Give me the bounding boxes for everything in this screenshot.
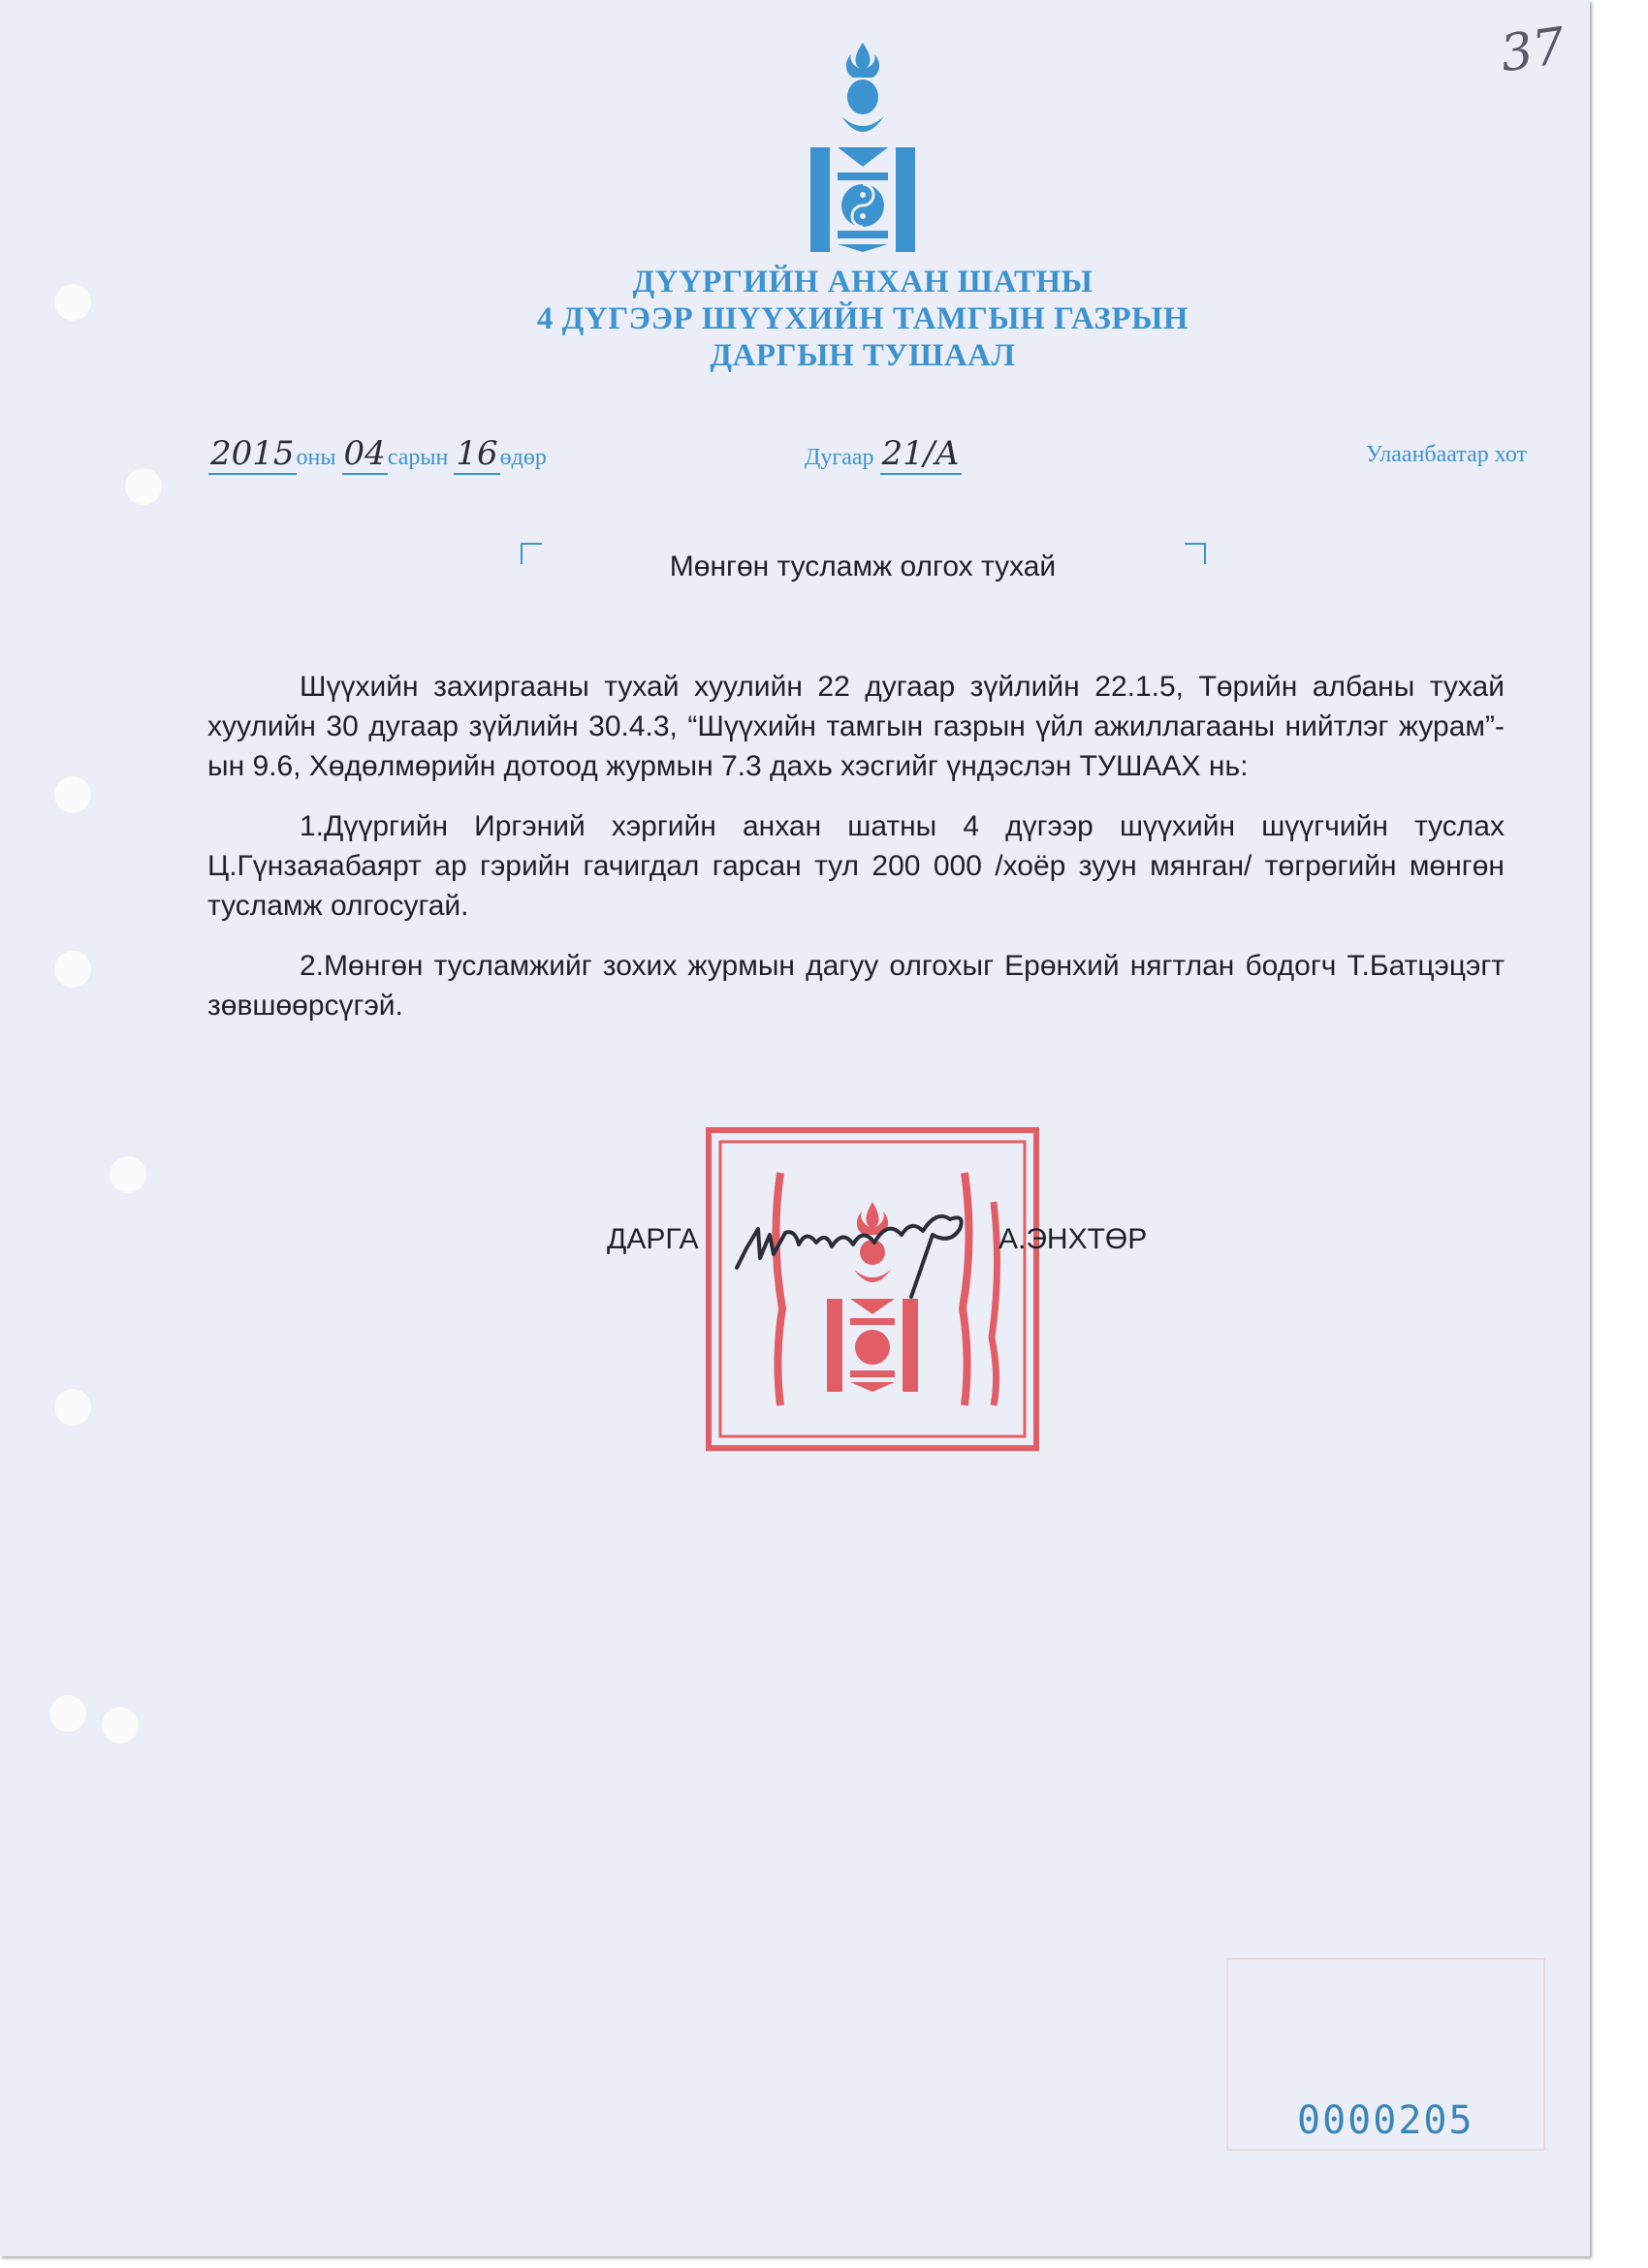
order-date: 2015оны 04сарын 16өдөр	[208, 434, 547, 473]
order-subject: Мөнгөн тусламж олгох тухай	[485, 551, 1241, 583]
order-number-label: Дугаар	[805, 445, 874, 470]
date-month: 04	[342, 434, 388, 475]
date-month-suffix: сарын	[388, 445, 449, 470]
order-item: 2.Мөнгөн тусламжийг зохих журмын дагуу о…	[207, 946, 1505, 1025]
document-header: ДҮҮРГИЙН АНХАН ШАТНЫ 4 ДҮГЭЭР ШҮҮХИЙН ТА…	[291, 264, 1435, 374]
handwritten-signature-icon	[717, 1190, 1028, 1307]
order-number: Дугаар 21/А	[805, 434, 962, 473]
header-line: 4 ДҮГЭЭР ШҮҮХИЙН ТАМГЫН ГАЗРЫН	[291, 300, 1435, 337]
date-day-suffix: өдөр	[500, 445, 547, 470]
order-city: Улаанбаатар хот	[1366, 442, 1527, 468]
order-item: 1.Дүүргийн Иргэний хэргийн анхан шатны 4…	[207, 806, 1505, 926]
punch-hole	[101, 1706, 140, 1745]
archive-number: 0000205	[1297, 2098, 1474, 2143]
handwritten-page-number: 37	[1497, 17, 1569, 84]
date-year: 2015	[208, 434, 297, 475]
date-day: 16	[454, 434, 499, 475]
order-number-value: 21/А	[880, 434, 962, 475]
punch-hole	[124, 467, 163, 506]
header-line: ДҮҮРГИЙН АНХАН ШАТНЫ	[291, 264, 1435, 300]
order-meta-row: 2015оны 04сарын 16өдөр Дугаар 21/А Улаан…	[208, 434, 1527, 473]
soyombo-emblem-icon	[805, 39, 921, 252]
order-preamble: Шүүхийн захиргааны тухай хуулийн 22 дуга…	[207, 667, 1505, 786]
document-page: 37 ДҮҮРГИЙН АНХАН ШАТНЫ 4 ДҮГЭЭР ШҮҮХИЙН…	[0, 0, 1590, 2256]
order-body: Шүүхийн захиргааны тухай хуулийн 22 дуга…	[207, 667, 1505, 1046]
punch-hole	[53, 283, 92, 322]
punch-hole	[53, 775, 92, 814]
punch-hole	[53, 950, 92, 989]
punch-hole	[48, 1694, 87, 1733]
punch-hole	[53, 1388, 92, 1427]
date-year-suffix: оны	[297, 445, 336, 470]
punch-hole	[109, 1155, 147, 1194]
header-line: ДАРГЫН ТУШААЛ	[291, 337, 1435, 374]
signatory-title: ДАРГА	[607, 1223, 699, 1256]
